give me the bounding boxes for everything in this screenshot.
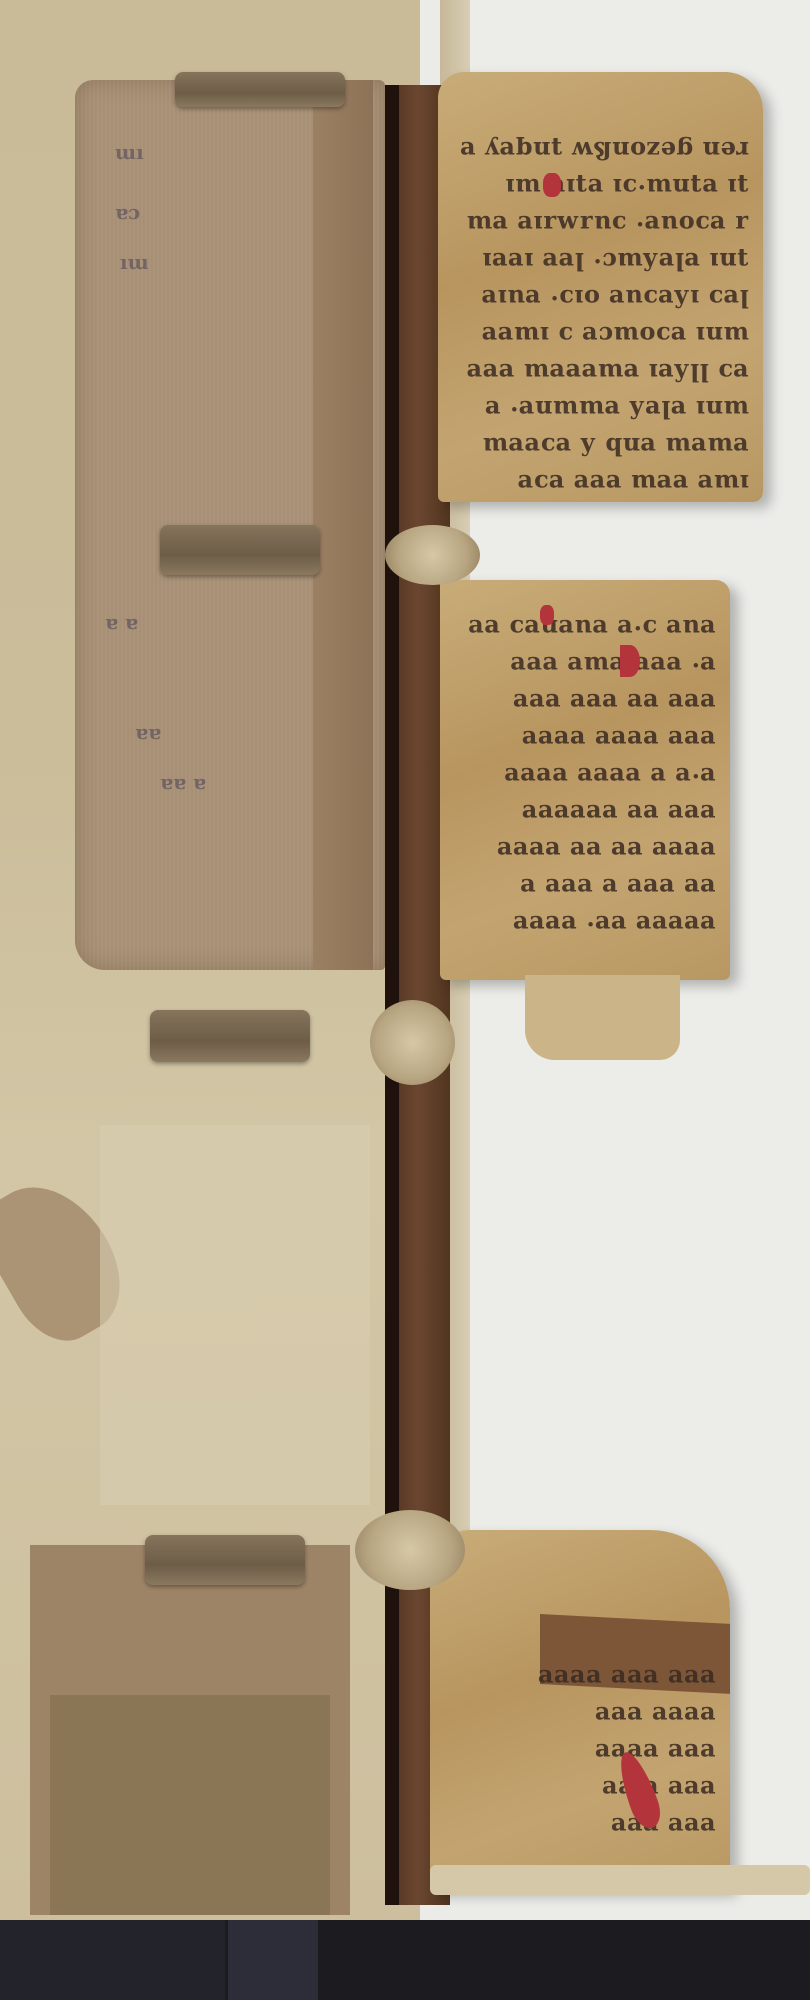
script-line: ɐɐɐ ɐɐ ɐɐɐɐɐɐ bbox=[454, 795, 716, 832]
script-line: ɐɐɐɐ ɐɐ ɐɐ ɐɐɐɐ bbox=[454, 832, 716, 869]
script-line: ɐ· ɐɐɐ ɐɯɐ ɐɐɐ bbox=[454, 647, 716, 684]
script-line: ren gezonßw ʇnqɐy ɐ bbox=[452, 132, 749, 169]
script-line: ɐɐ ɐɐɐ ɐ ɐɐɐ ɐ bbox=[454, 869, 716, 906]
vellum-bottom-edge bbox=[430, 1865, 810, 1895]
base-panel-left bbox=[0, 1920, 225, 2000]
script-line: ʇı ɐʇnɯ·ɔı ɐʇıɐ ɯı bbox=[452, 169, 749, 206]
script-line: lɐɔ ıʎɐɔuɐ oıɔ· ɐuıɐ bbox=[452, 280, 749, 317]
sewing-cord bbox=[150, 1010, 310, 1062]
script-line: ɐɐɐ ɐɐɐ ɐɐɐɐ bbox=[444, 1660, 716, 1697]
sewing-knot bbox=[355, 1510, 465, 1590]
red-rubric bbox=[620, 645, 640, 677]
cover-paste-area bbox=[100, 1125, 370, 1505]
sewing-knot bbox=[385, 525, 480, 585]
manuscript-torn-tail bbox=[525, 975, 680, 1060]
faded-mark: ɐɐ ɐ bbox=[160, 770, 206, 794]
manuscript-fragment-lower: ɐɐɐ ɐɐɐ ɐɐɐɐ ɐɐɐɐ ɐɐɐ ɐɐɐ ɐɐɐɐ ɐɐɐ ɐ ɐɐ … bbox=[430, 1530, 730, 1890]
faded-mark: ɐɔ bbox=[115, 200, 140, 224]
script-line: ɐɐɐɐ ɐɐɐ bbox=[444, 1697, 716, 1734]
sewing-cord bbox=[175, 72, 345, 107]
script-line: ɯnı ɐlɐʎ ɐɯɯnɐ· ɐ bbox=[452, 391, 749, 428]
red-rubric bbox=[543, 173, 561, 197]
faded-mark: ɯı bbox=[115, 140, 144, 164]
script-line: ɯnı ɐɔoɯcɐ ɔ ıɯɐɐ bbox=[452, 317, 749, 354]
script-line: ıɯɐ ɐɐɯ ɐɐɐ ɐɔɐ bbox=[452, 465, 749, 502]
faded-mark: ɐ ɐ bbox=[105, 610, 138, 634]
script-line: ʇnı ɐlɐʎɯc· lɐɐ ıɐɐı bbox=[452, 243, 749, 280]
lower-textile-dark bbox=[50, 1695, 330, 1915]
lower-textile-patch bbox=[30, 1545, 350, 1915]
script-line: ɐ·ɐ ɐ ɐɐɐɐ ɐɐɐɐ bbox=[454, 758, 716, 795]
script-line: ɐɐɐ ɐɐɐɐ ɐɐɐɐ bbox=[454, 721, 716, 758]
script-line: ɐɐɐ ɐ ɐɐ bbox=[444, 1771, 716, 1808]
faded-mark: ɐɐ bbox=[135, 720, 161, 744]
script-line: ɐɐɐ ɐɐɐ bbox=[444, 1808, 716, 1845]
manuscript-fragment-middle: ɐuɐ ɔ·ɐ ɐuɐnɐɔ ɐɐ ɐ· ɐɐɐ ɐɯɐ ɐɐɐ ɐɐɐ ɐɐ … bbox=[440, 580, 730, 980]
faded-mark: ıɯ bbox=[120, 250, 149, 274]
sewing-knot bbox=[370, 1000, 455, 1085]
script-line: ɐɔ llʎɐı ɐɯɐɐɐɯ ɐɐɐ bbox=[452, 354, 749, 391]
script-line: ɐɯɐɯ ɐnb ʎ ɐɔɐɐɯ bbox=[452, 428, 749, 465]
sewing-cord bbox=[145, 1535, 305, 1585]
sewing-cord bbox=[160, 525, 320, 575]
base-panel-mid bbox=[228, 1920, 318, 2000]
red-rubric bbox=[540, 605, 554, 625]
script-line: ɐɐɐɐɐ ɐɐ· ɐɐɐɐ bbox=[454, 906, 716, 943]
script-line: ɹ ɐɔouɐ· ɔuɹʍɹıɐ ɐɯ bbox=[452, 206, 749, 243]
textile-fold bbox=[313, 80, 373, 970]
script-line: ɐɐɐ ɐɐ ɐɐɐ ɐɐɐ bbox=[454, 684, 716, 721]
script-line: ɐuɐ ɔ·ɐ ɐuɐnɐɔ ɐɐ bbox=[454, 610, 716, 647]
dark-base bbox=[0, 1920, 810, 2000]
script-line: ɐɐɐ ɐɐɐɐ bbox=[444, 1734, 716, 1771]
manuscript-fragment-upper: ren gezonßw ʇnqɐy ɐ ʇı ɐʇnɯ·ɔı ɐʇıɐ ɯı ɹ… bbox=[438, 72, 763, 502]
